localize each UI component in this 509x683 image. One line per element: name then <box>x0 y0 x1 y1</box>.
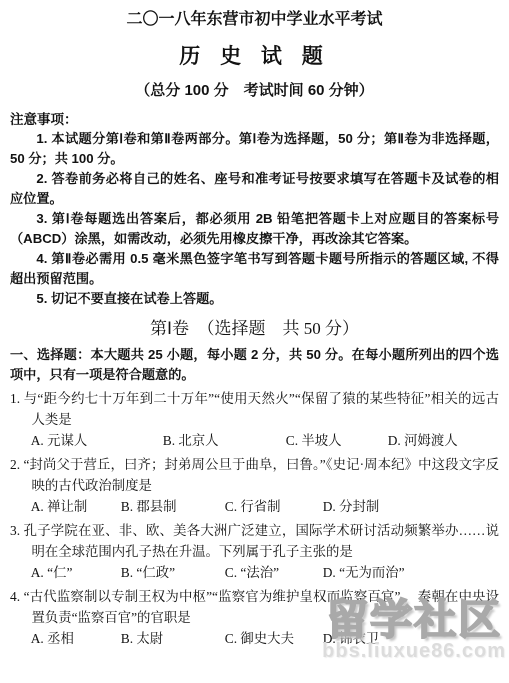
question-2-option-c: C. 行省制 <box>225 496 323 517</box>
notice-item-1: 1. 本试题分第Ⅰ卷和第Ⅱ卷两部分。第Ⅰ卷为选择题，50 分；第Ⅱ卷为非选择题，… <box>10 129 499 169</box>
question-4-option-c: C. 御史大夫 <box>225 628 323 649</box>
exam-title: 二〇一八年东营市初中学业水平考试 <box>10 10 499 30</box>
question-3-stem: 3. 孔子学院在亚、非、欧、美各大洲广泛建立，国际学术研讨活动频繁举办……说明在… <box>10 520 499 562</box>
section-1-heading: 第Ⅰ卷 （选择题 共 50 分） <box>10 318 499 340</box>
question-4-stem: 4. “古代监察制以专制王权为中枢”“监察官为维护皇权而监察百官”。 秦朝在中央… <box>10 586 499 628</box>
question-4-option-b: B. 太尉 <box>121 628 225 649</box>
question-1-stem: 1. 与“距今约七十万年到二十万年”“使用天然火”“保留了猿的某些特征”相关的远… <box>10 388 499 430</box>
section-1-intro: 一、选择题：本大题共 25 小题，每小题 2 分，共 50 分。在每小题所列出的… <box>10 345 499 385</box>
question-1-option-d: D. 河姆渡人 <box>388 430 499 451</box>
question-3-option-b: B. “仁政” <box>121 562 225 583</box>
question-2-options: A. 禅让制 B. 郡县制 C. 行省制 D. 分封制 <box>31 496 499 517</box>
question-2-option-b: B. 郡县制 <box>121 496 225 517</box>
notice-item-5: 5. 切记不要直接在试卷上答题。 <box>10 289 499 309</box>
question-1-option-b: B. 北京人 <box>163 430 286 451</box>
question-1: 1. 与“距今约七十万年到二十万年”“使用天然火”“保留了猿的某些特征”相关的远… <box>10 388 499 451</box>
exam-paper-page: 二〇一八年东营市初中学业水平考试 历 史 试 题 （总分 100 分 考试时间 … <box>0 0 509 683</box>
question-2: 2. “封尚父于营丘，曰齐；封弟周公旦于曲阜，曰鲁。”《史记·周本纪》中这段文字… <box>10 454 499 517</box>
question-3-options: A. “仁” B. “仁政” C. “法治” D. “无为而治” <box>31 562 499 583</box>
notices-heading: 注意事项： <box>10 111 499 129</box>
question-3-option-d: D. “无为而治” <box>323 562 499 583</box>
question-1-option-a: A. 元谋人 <box>31 430 163 451</box>
question-4-option-a: A. 丞相 <box>31 628 121 649</box>
subject-title: 历 史 试 题 <box>10 45 499 69</box>
notice-item-3: 3. 第Ⅰ卷每题选出答案后，都必须用 2B 铅笔把答题卡上对应题目的答案标号（A… <box>10 209 499 249</box>
question-3: 3. 孔子学院在亚、非、欧、美各大洲广泛建立，国际学术研讨活动频繁举办……说明在… <box>10 520 499 583</box>
question-1-options: A. 元谋人 B. 北京人 C. 半坡人 D. 河姆渡人 <box>31 430 499 451</box>
score-time-line: （总分 100 分 考试时间 60 分钟） <box>10 82 499 100</box>
question-1-option-c: C. 半坡人 <box>286 430 388 451</box>
question-4: 4. “古代监察制以专制王权为中枢”“监察官为维护皇权而监察百官”。 秦朝在中央… <box>10 586 499 649</box>
question-3-option-c: C. “法治” <box>225 562 323 583</box>
notice-item-2: 2. 答卷前务必将自己的姓名、座号和准考证号按要求填写在答题卡及试卷的相应位置。 <box>10 169 499 209</box>
question-4-option-d: D. 锦衣卫 <box>323 628 499 649</box>
question-2-stem: 2. “封尚父于营丘，曰齐；封弟周公旦于曲阜，曰鲁。”《史记·周本纪》中这段文字… <box>10 454 499 496</box>
question-2-option-d: D. 分封制 <box>323 496 499 517</box>
notices-section: 注意事项： 1. 本试题分第Ⅰ卷和第Ⅱ卷两部分。第Ⅰ卷为选择题，50 分；第Ⅱ卷… <box>10 111 499 309</box>
question-3-option-a: A. “仁” <box>31 562 121 583</box>
question-4-options: A. 丞相 B. 太尉 C. 御史大夫 D. 锦衣卫 <box>31 628 499 649</box>
question-2-option-a: A. 禅让制 <box>31 496 121 517</box>
notice-item-4: 4. 第Ⅱ卷必需用 0.5 毫米黑色签字笔书写到答题卡题号所指示的答题区域, 不… <box>10 249 499 289</box>
